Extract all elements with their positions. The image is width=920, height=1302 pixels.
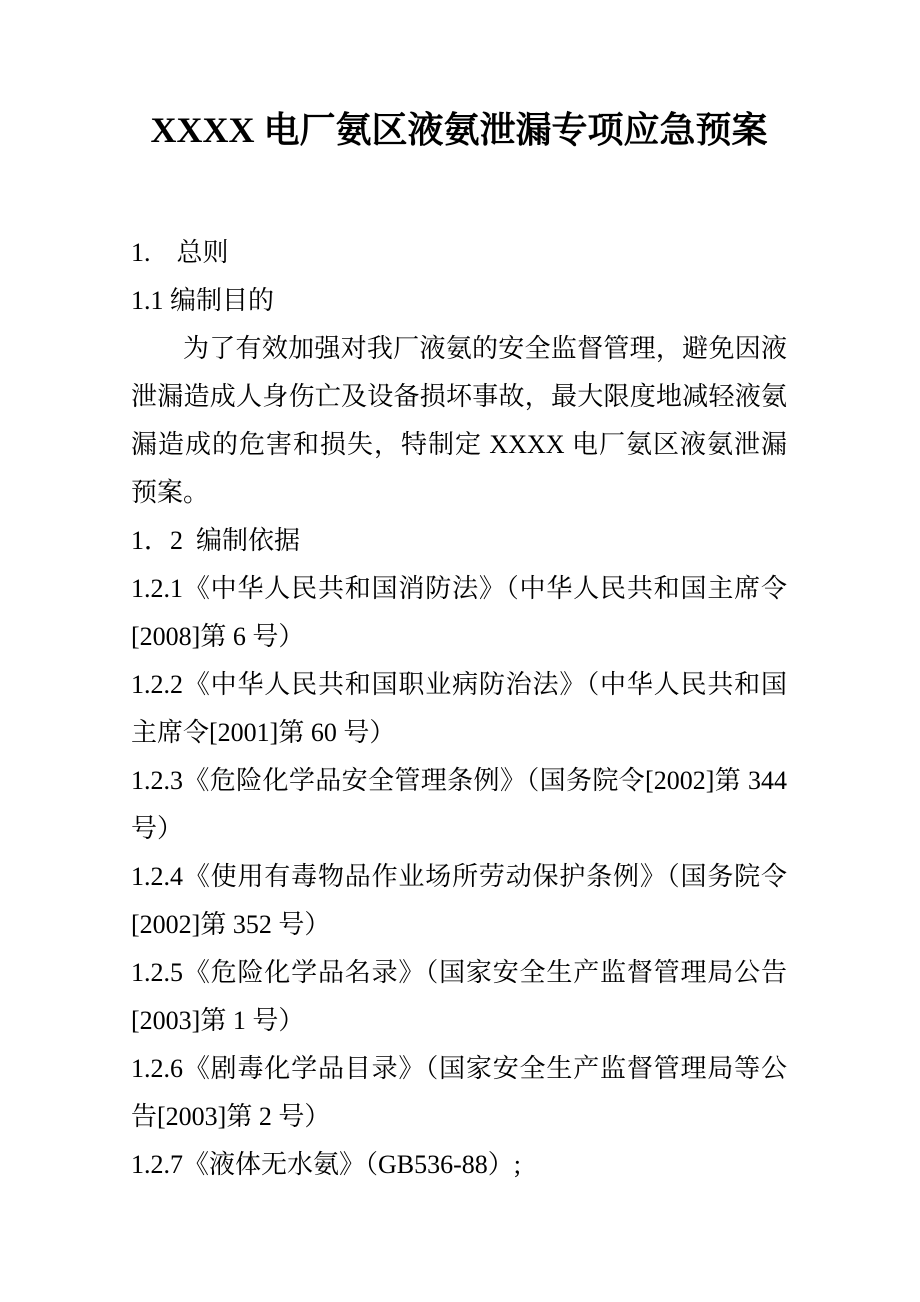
- document-title: XXXX 电厂氨区液氨泄漏专项应急预案: [131, 108, 787, 152]
- document-line: 1.1 编制目的: [131, 277, 787, 325]
- document-line: 泄漏造成人身伤亡及设备损坏事故，最大限度地减轻液氨泄: [131, 373, 787, 421]
- document-line: 主席令[2001]第 60 号）: [131, 709, 787, 757]
- document-line: 1.2.1《中华人民共和国消防法》（中华人民共和国主席令: [131, 565, 787, 613]
- document-line: 漏造成的危害和损失，特制定 XXXX 电厂氨区液氨泄漏应急: [131, 421, 787, 469]
- document-line: 预案。: [131, 469, 787, 517]
- document-line: 为了有效加强对我厂液氨的安全监督管理，避免因液氨: [131, 325, 787, 373]
- document-line: 告[2003]第 2 号）: [131, 1093, 787, 1141]
- document-body: 1. 总则1.1 编制目的为了有效加强对我厂液氨的安全监督管理，避免因液氨泄漏造…: [131, 229, 787, 1189]
- document-page: XXXX 电厂氨区液氨泄漏专项应急预案 1. 总则1.1 编制目的为了有效加强对…: [0, 0, 920, 1302]
- document-line: [2003]第 1 号）: [131, 997, 787, 1045]
- document-line: 1.2.2《中华人民共和国职业病防治法》（中华人民共和国: [131, 661, 787, 709]
- document-line: 1.2.5《危险化学品名录》（国家安全生产监督管理局公告: [131, 949, 787, 997]
- document-line: 1.2.3《危险化学品安全管理条例》（国务院令[2002]第 344: [131, 757, 787, 805]
- document-line: 1．2 编制依据: [131, 517, 787, 565]
- document-line: 1.2.4《使用有毒物品作业场所劳动保护条例》（国务院令: [131, 853, 787, 901]
- document-line: 1.2.7《液体无水氨》（GB536-88）;: [131, 1141, 787, 1189]
- document-line: [2008]第 6 号）: [131, 613, 787, 661]
- document-line: 1. 总则: [131, 229, 787, 277]
- document-line: 号）: [131, 805, 787, 853]
- document-line: 1.2.6《剧毒化学品目录》（国家安全生产监督管理局等公: [131, 1045, 787, 1093]
- document-line: [2002]第 352 号）: [131, 901, 787, 949]
